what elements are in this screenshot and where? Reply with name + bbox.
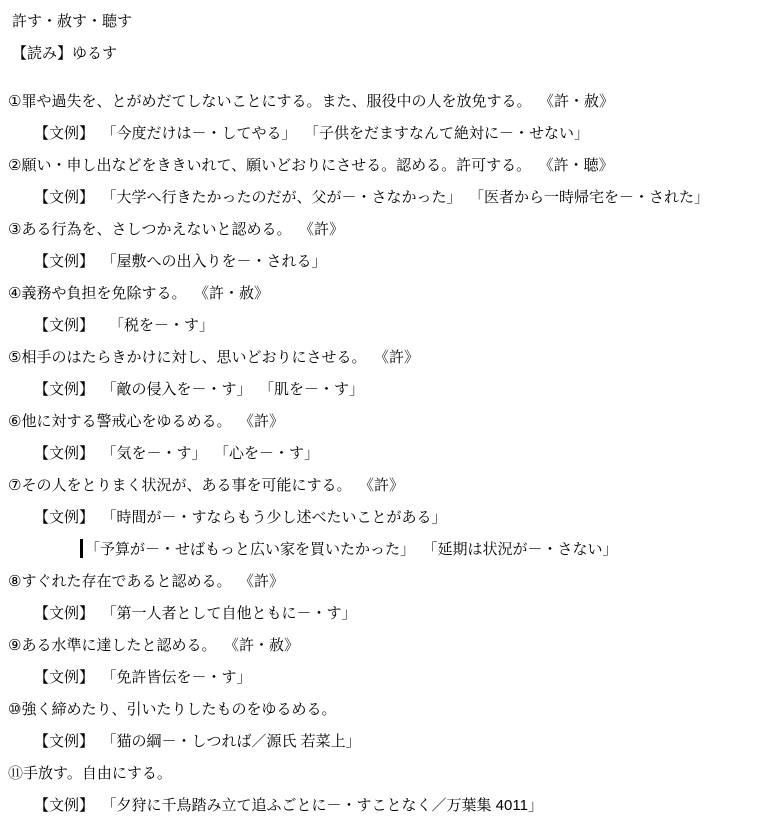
example-text: 「屋敷への出入りを－・される」 [109, 253, 327, 270]
sense-number: ⑤ [8, 349, 21, 366]
sense-number: ③ [8, 221, 21, 238]
reading-text: ゆるす [72, 45, 117, 62]
definition-text: 手放す。自由にする。 [23, 765, 172, 782]
example-text: 「敵の侵入を－・す」 [109, 381, 252, 398]
example-label: 【文例】 [34, 125, 94, 142]
sense-number: ⑪ [8, 765, 23, 782]
example-label: 【文例】 [34, 317, 87, 334]
kanji-usage-note: 《許》 [246, 573, 284, 590]
example-line: 【文例】 「税を－・す」 [0, 310, 764, 342]
example-label: 【文例】 [34, 669, 94, 686]
kanji-usage-note: 《許》 [366, 477, 404, 494]
definition-line: ③ある行為を、さしつかえないと認める。《許》 [0, 214, 764, 246]
example-line: 【文例】「大学へ行きたかったのだが、父が－・さなかった」「医者から一時帰宅を－・… [0, 182, 764, 214]
example-label: 【文例】 [34, 189, 94, 206]
example-line: 【文例】「時間が－・すならもう少し述べたいことがある」 [0, 502, 764, 534]
text-cursor [80, 539, 83, 558]
example-text: 「肌を－・す」 [267, 381, 365, 398]
sense-number: ⑧ [8, 573, 21, 590]
headword-line: 許す・赦す・聴す [0, 6, 764, 38]
sense-number: ⑥ [8, 413, 21, 430]
kanji-usage-note: 《許》 [381, 349, 419, 366]
example-line: 【文例】「第一人者として自他ともに－・す」 [0, 598, 764, 630]
definition-line: ⑦その人をとりまく状況が、ある事を可能にする。《許》 [0, 470, 764, 502]
definition-line: ⑪手放す。自由にする。 [0, 758, 764, 790]
example-line: 【文例】「敵の侵入を－・す」「肌を－・す」 [0, 374, 764, 406]
example-text: 「延期は状況が－・さない」 [430, 541, 618, 558]
headword: 許す・赦す・聴す [12, 13, 132, 30]
example-continuation-line: 「予算が－・せばもっと広い家を買いたかった」「延期は状況が－・さない」 [0, 534, 764, 566]
definition-text: 強く締めたり、引いたりしたものをゆるめる。 [21, 701, 336, 718]
definition-text: その人をとりまく状況が、ある事を可能にする。 [21, 477, 351, 494]
example-label: 【文例】 [34, 797, 94, 814]
definition-line: ⑨ある水準に達したと認める。《許・赦》 [0, 630, 764, 662]
example-text: 「猫の綱－・しつれば／源氏 若菜上」 [109, 733, 361, 750]
kanji-usage-note: 《許》 [306, 221, 344, 238]
example-line: 【文例】「免許皆伝を－・す」 [0, 662, 764, 694]
definition-line: ④義務や負担を免除する。《許・赦》 [0, 278, 764, 310]
sense-number: ⑨ [8, 637, 21, 654]
example-text: 「気を－・す」 [109, 445, 207, 462]
example-text: 「夕狩に千鳥踏み立て追ふごとに－・すことなく／万葉集 4011」 [109, 797, 543, 814]
example-text: 「今度だけは－・してやる」 [109, 125, 297, 142]
definition-text: 他に対する警戒心をゆるめる。 [21, 413, 231, 430]
definition-text: ある行為を、さしつかえないと認める。 [21, 221, 291, 238]
example-text: 「子供をだますなんて絶対に－・せない」 [312, 125, 590, 142]
example-line: 【文例】「気を－・す」「心を－・す」 [0, 438, 764, 470]
definition-text: すぐれた存在であると認める。 [21, 573, 231, 590]
example-text: 「大学へ行きたかったのだが、父が－・さなかった」 [109, 189, 462, 206]
example-text: 「予算が－・せばもっと広い家を買いたかった」 [85, 541, 415, 558]
example-label: 【文例】 [34, 605, 94, 622]
sense-number: ④ [8, 285, 21, 302]
sense-number: ② [8, 157, 21, 174]
example-line: 【文例】「夕狩に千鳥踏み立て追ふごとに－・すことなく／万葉集 4011」 [0, 790, 764, 822]
example-text: 「第一人者として自他ともに－・す」 [109, 605, 357, 622]
example-label: 【文例】 [34, 733, 94, 750]
example-text: 「税を－・す」 [102, 317, 215, 334]
example-label: 【文例】 [34, 381, 94, 398]
example-line: 【文例】「今度だけは－・してやる」「子供をだますなんて絶対に－・せない」 [0, 118, 764, 150]
blank-line [0, 70, 764, 86]
definition-line: ⑧すぐれた存在であると認める。《許》 [0, 566, 764, 598]
sense-number: ① [8, 93, 21, 110]
definition-line: ②願い・申し出などをききいれて、願いどおりにさせる。認める。許可する。《許・聴》 [0, 150, 764, 182]
definition-text: 罪や過失を、とがめだてしないことにする。また、服役中の人を放免する。 [21, 93, 531, 110]
kanji-usage-note: 《許・赦》 [201, 285, 269, 302]
example-line: 【文例】「猫の綱－・しつれば／源氏 若菜上」 [0, 726, 764, 758]
definition-line: ⑥他に対する警戒心をゆるめる。《許》 [0, 406, 764, 438]
example-text: 「免許皆伝を－・す」 [109, 669, 252, 686]
definition-line: ⑤相手のはたらきかけに対し、思いどおりにさせる。《許》 [0, 342, 764, 374]
example-line: 【文例】「屋敷への出入りを－・される」 [0, 246, 764, 278]
definition-text: ある水準に達したと認める。 [21, 637, 216, 654]
example-text: 「時間が－・すならもう少し述べたいことがある」 [109, 509, 447, 526]
sense-number: ⑦ [8, 477, 21, 494]
reading-line: 【読み】ゆるす [0, 38, 764, 70]
example-label: 【文例】 [34, 445, 94, 462]
sense-number: ⑩ [8, 701, 21, 718]
definition-text: 願い・申し出などをききいれて、願いどおりにさせる。認める。許可する。 [21, 157, 531, 174]
example-label: 【文例】 [34, 509, 94, 526]
definition-line: ⑩強く締めたり、引いたりしたものをゆるめる。 [0, 694, 764, 726]
kanji-usage-note: 《許・赦》 [231, 637, 299, 654]
example-text: 「心を－・す」 [222, 445, 320, 462]
definition-text: 義務や負担を免除する。 [21, 285, 186, 302]
example-text: 「医者から一時帰宅を－・された」 [477, 189, 710, 206]
dictionary-entry-document[interactable]: 許す・赦す・聴す 【読み】ゆるす ①罪や過失を、とがめだてしないことにする。また… [0, 0, 764, 828]
example-label: 【文例】 [34, 253, 94, 270]
kanji-usage-note: 《許》 [246, 413, 284, 430]
kanji-usage-note: 《許・赦》 [546, 93, 614, 110]
reading-label: 【読み】 [12, 45, 72, 62]
definition-line: ①罪や過失を、とがめだてしないことにする。また、服役中の人を放免する。《許・赦》 [0, 86, 764, 118]
kanji-usage-note: 《許・聴》 [546, 157, 614, 174]
definition-text: 相手のはたらきかけに対し、思いどおりにさせる。 [21, 349, 366, 366]
